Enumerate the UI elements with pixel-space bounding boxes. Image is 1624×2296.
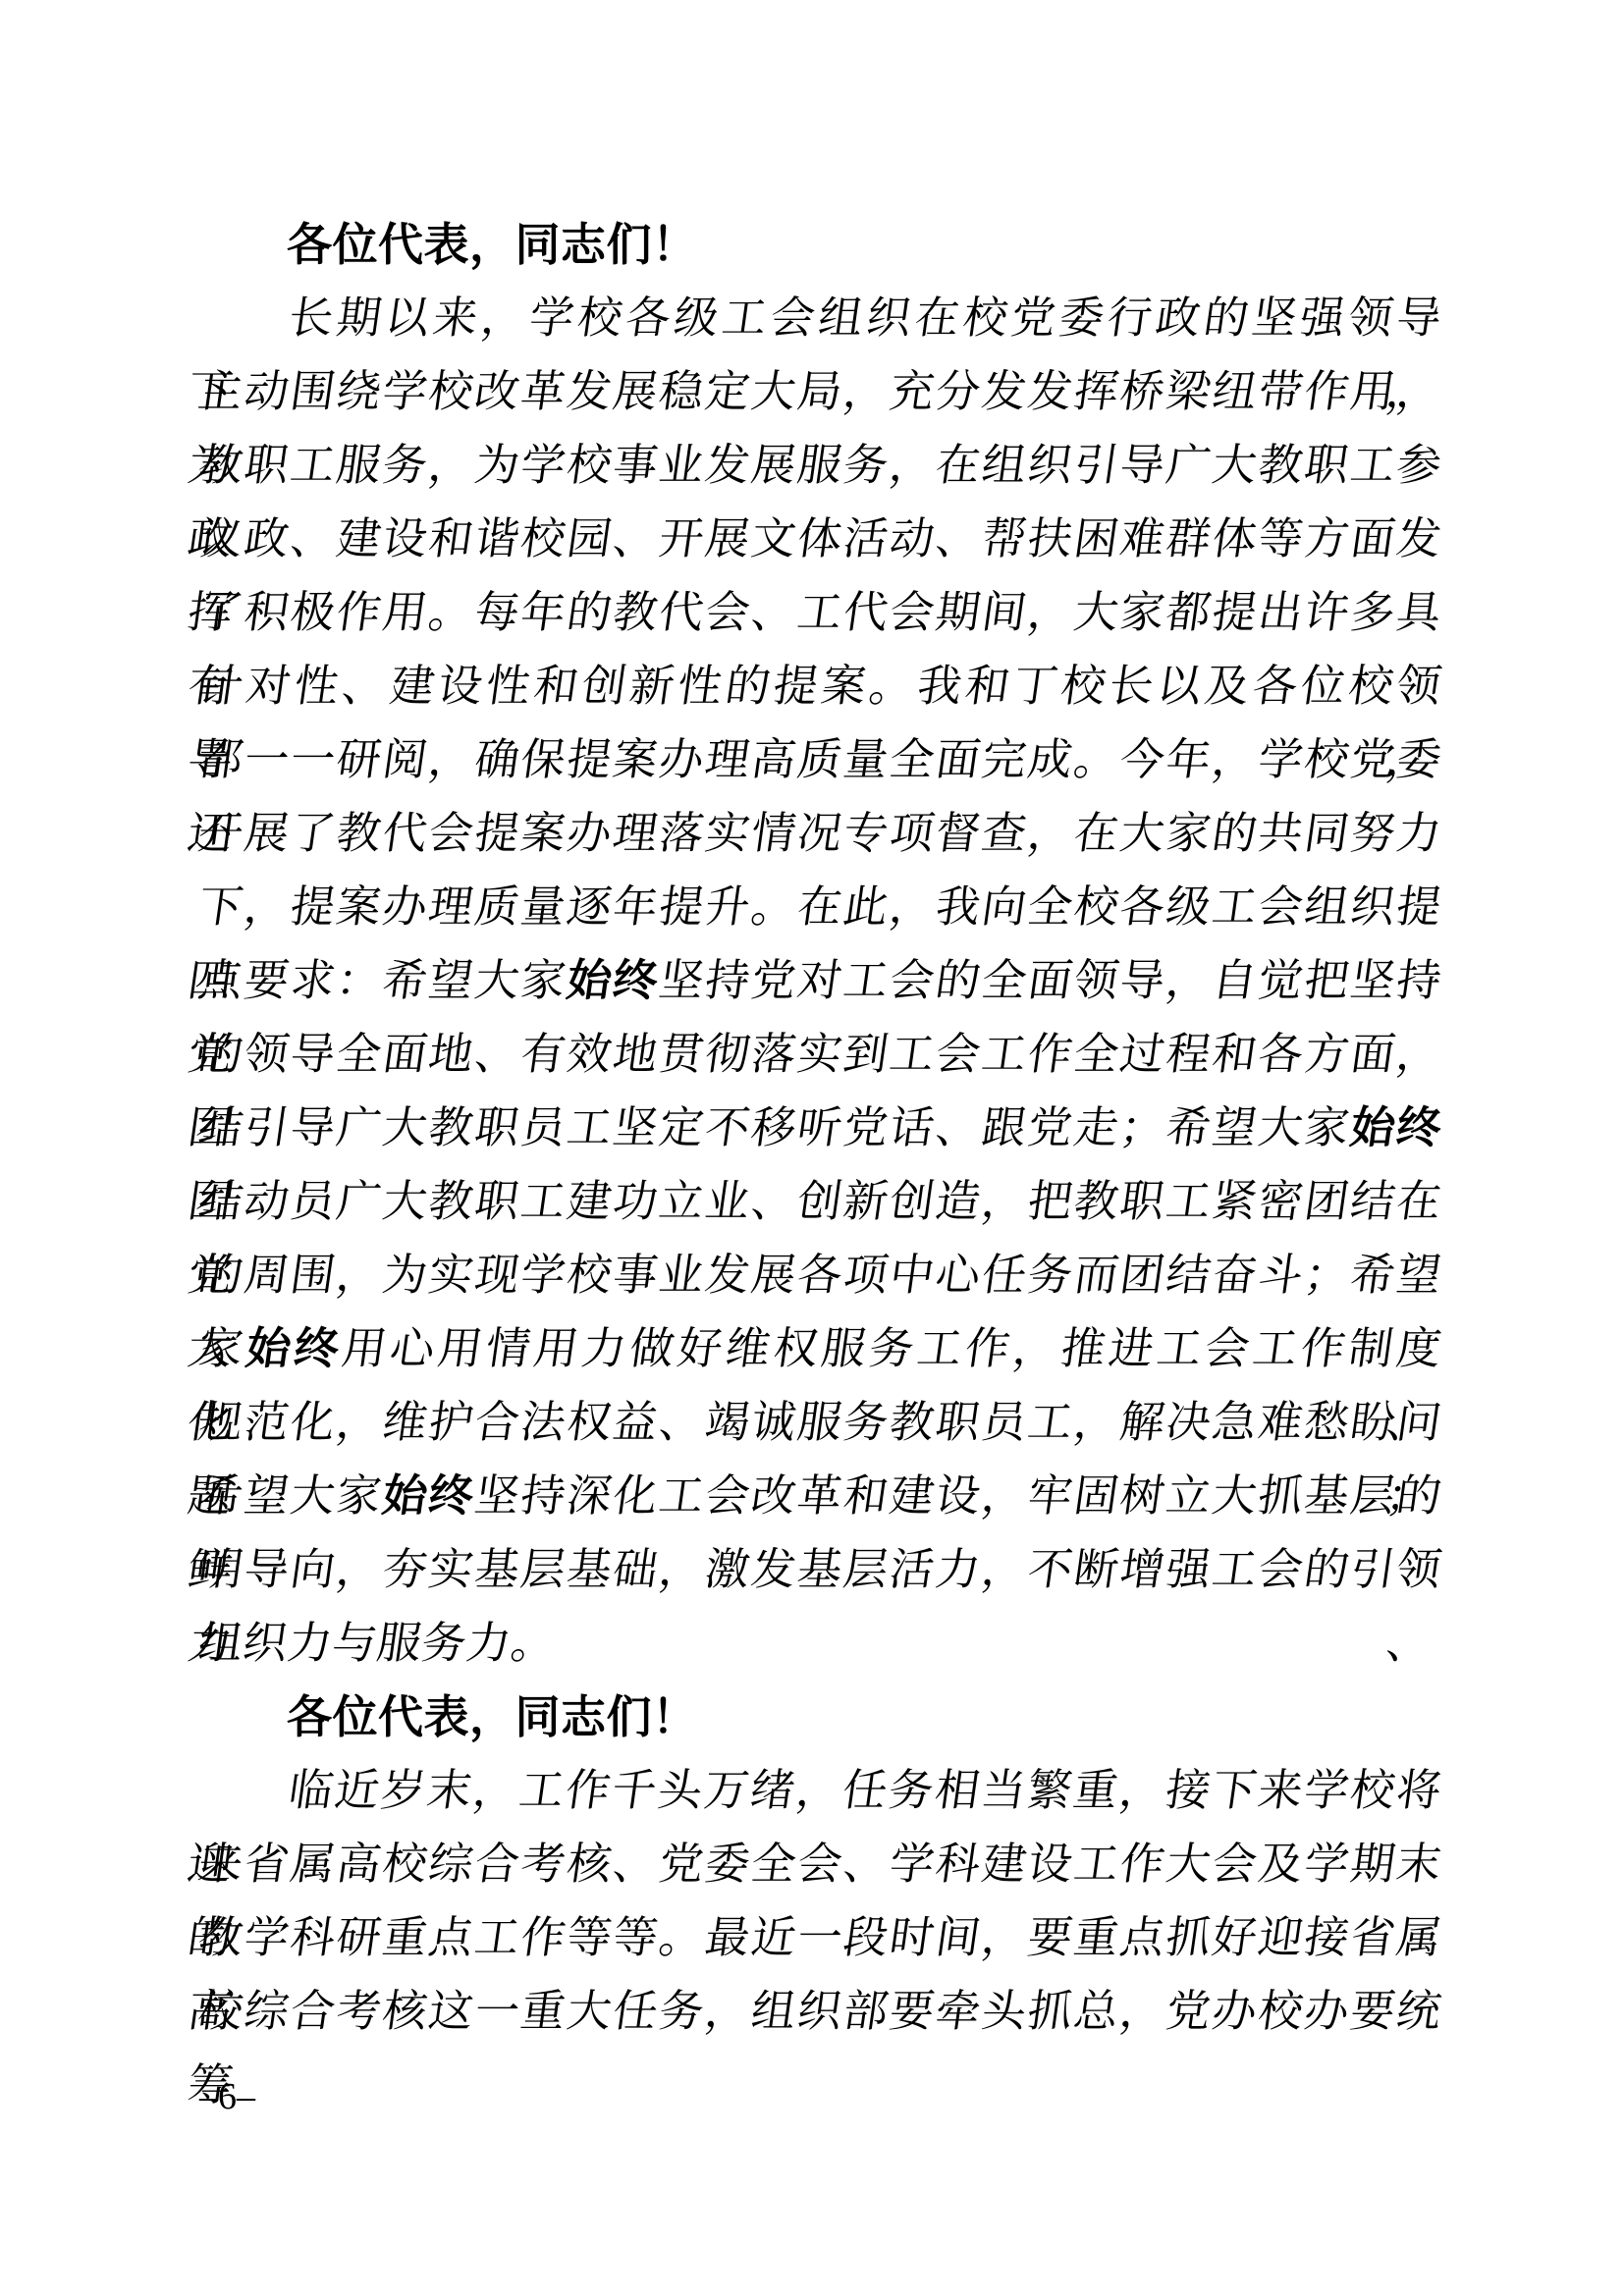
text-line: 结引导广大教职员工坚定不移听党话、跟党走；希望大家始终团 [193,1092,1447,1165]
text-line: 都一一研阅，确保提案办理高质量全面完成。今年，学校党委还 [193,723,1447,797]
text-line: 的领导全面地、有效地贯彻落实到工会工作全过程和各方面，团 [193,1018,1447,1092]
section-heading: 各位代表，同志们！ [196,1681,1439,1754]
text-line: 教学科研重点工作等等。最近一段时间，要重点抓好迎接省属高 [193,1901,1447,1975]
text-line: 下，提案办理质量逐年提升。在此，我向全校各级工会组织提四 [193,871,1447,944]
text-run: 希望大家 [195,1471,387,1521]
section-heading: 各位代表，同志们！ [196,208,1439,282]
text-line: 组织力与服务力。 [193,1607,1447,1681]
text-run: 点要求：希望大家 [195,956,571,1005]
emphasis-text: 各位代表，同志们！ [287,219,698,270]
text-line: 议政、建设和谐校园、开展文体活动、帮扶困难群体等方面发挥 [193,503,1447,576]
text-line: 针对性、建设性和创新性的提案。我和丁校长以及各位校领导， [193,650,1447,723]
document-body: 各位代表，同志们！长期以来，学校各级工会组织在校党委行政的坚强领导下，主动围绕学… [196,208,1439,2049]
text-line: 结动员广大教职工建功立业、创新创造，把教职工紧密团结在党 [193,1165,1447,1239]
text-run: 组织力与服务力。 [195,1619,560,1668]
text-line: 教职工服务，为学校事业发展服务，在组织引导广大教职工参政 [193,429,1447,503]
text-line: 规范化，维护合法权益、竭诚服务教职员工，解决急难愁盼问题； [193,1386,1447,1460]
text-line: 点要求：希望大家始终坚持党对工会的全面领导，自觉把坚持党 [193,944,1447,1018]
text-run: 家 [195,1324,250,1373]
text-line: 开展了教代会提案办理落实情况专项督查，在大家的共同努力 [193,797,1447,871]
text-line: 来省属高校综合考核、党委全会、学科建设工作大会及学期末的 [193,1828,1447,1901]
emphasis-text: 始终 [1347,1103,1444,1152]
emphasis-text: 始终 [564,956,663,1005]
emphasis-text: 始终 [243,1324,346,1373]
text-line: 长期以来，学校各级工会组织在校党委行政的坚强领导下， [193,282,1447,355]
text-line: 校综合考核这一重大任务，组织部要牵头抓总，党办校办要统筹 [193,1975,1447,2049]
page-number: –6– [199,2073,255,2120]
text-run: 校综合考核这一重大任务，组织部要牵头抓总，党办校办要统筹 [185,1987,1445,2109]
document-page: 各位代表，同志们！长期以来，学校各级工会组织在校党委行政的坚强领导下，主动围绕学… [0,0,1624,2296]
text-line: 了积极作用。每年的教代会、工代会期间，大家都提出许多具有 [193,576,1447,650]
emphasis-text: 始终 [379,1471,478,1521]
text-line: 希望大家始终坚持深化工会改革和建设，牢固树立大抓基层的鲜 [193,1460,1447,1533]
text-run: 结引导广大教职员工坚定不移听党话、跟党走；希望大家 [195,1103,1355,1152]
text-line: 家始终用心用情用力做好维权服务工作，推进工会工作制度化、 [193,1312,1447,1386]
text-line: 临近岁末，工作千头万绪，任务相当繁重，接下来学校将迎 [193,1754,1447,1828]
text-line: 的周围，为实现学校事业发展各项中心任务而团结奋斗；希望大 [193,1239,1447,1312]
text-line: 明导向，夯实基层基础，激发基层活力，不断增强工会的引领力、 [193,1533,1447,1607]
emphasis-text: 各位代表，同志们！ [287,1691,698,1742]
text-run: 开展了教代会提案办理落实情况专项督查，在大家的共同努力 [195,809,1445,858]
text-line: 主动围绕学校改革发展稳定大局，充分发发挥桥梁纽带作用，为 [193,355,1447,429]
